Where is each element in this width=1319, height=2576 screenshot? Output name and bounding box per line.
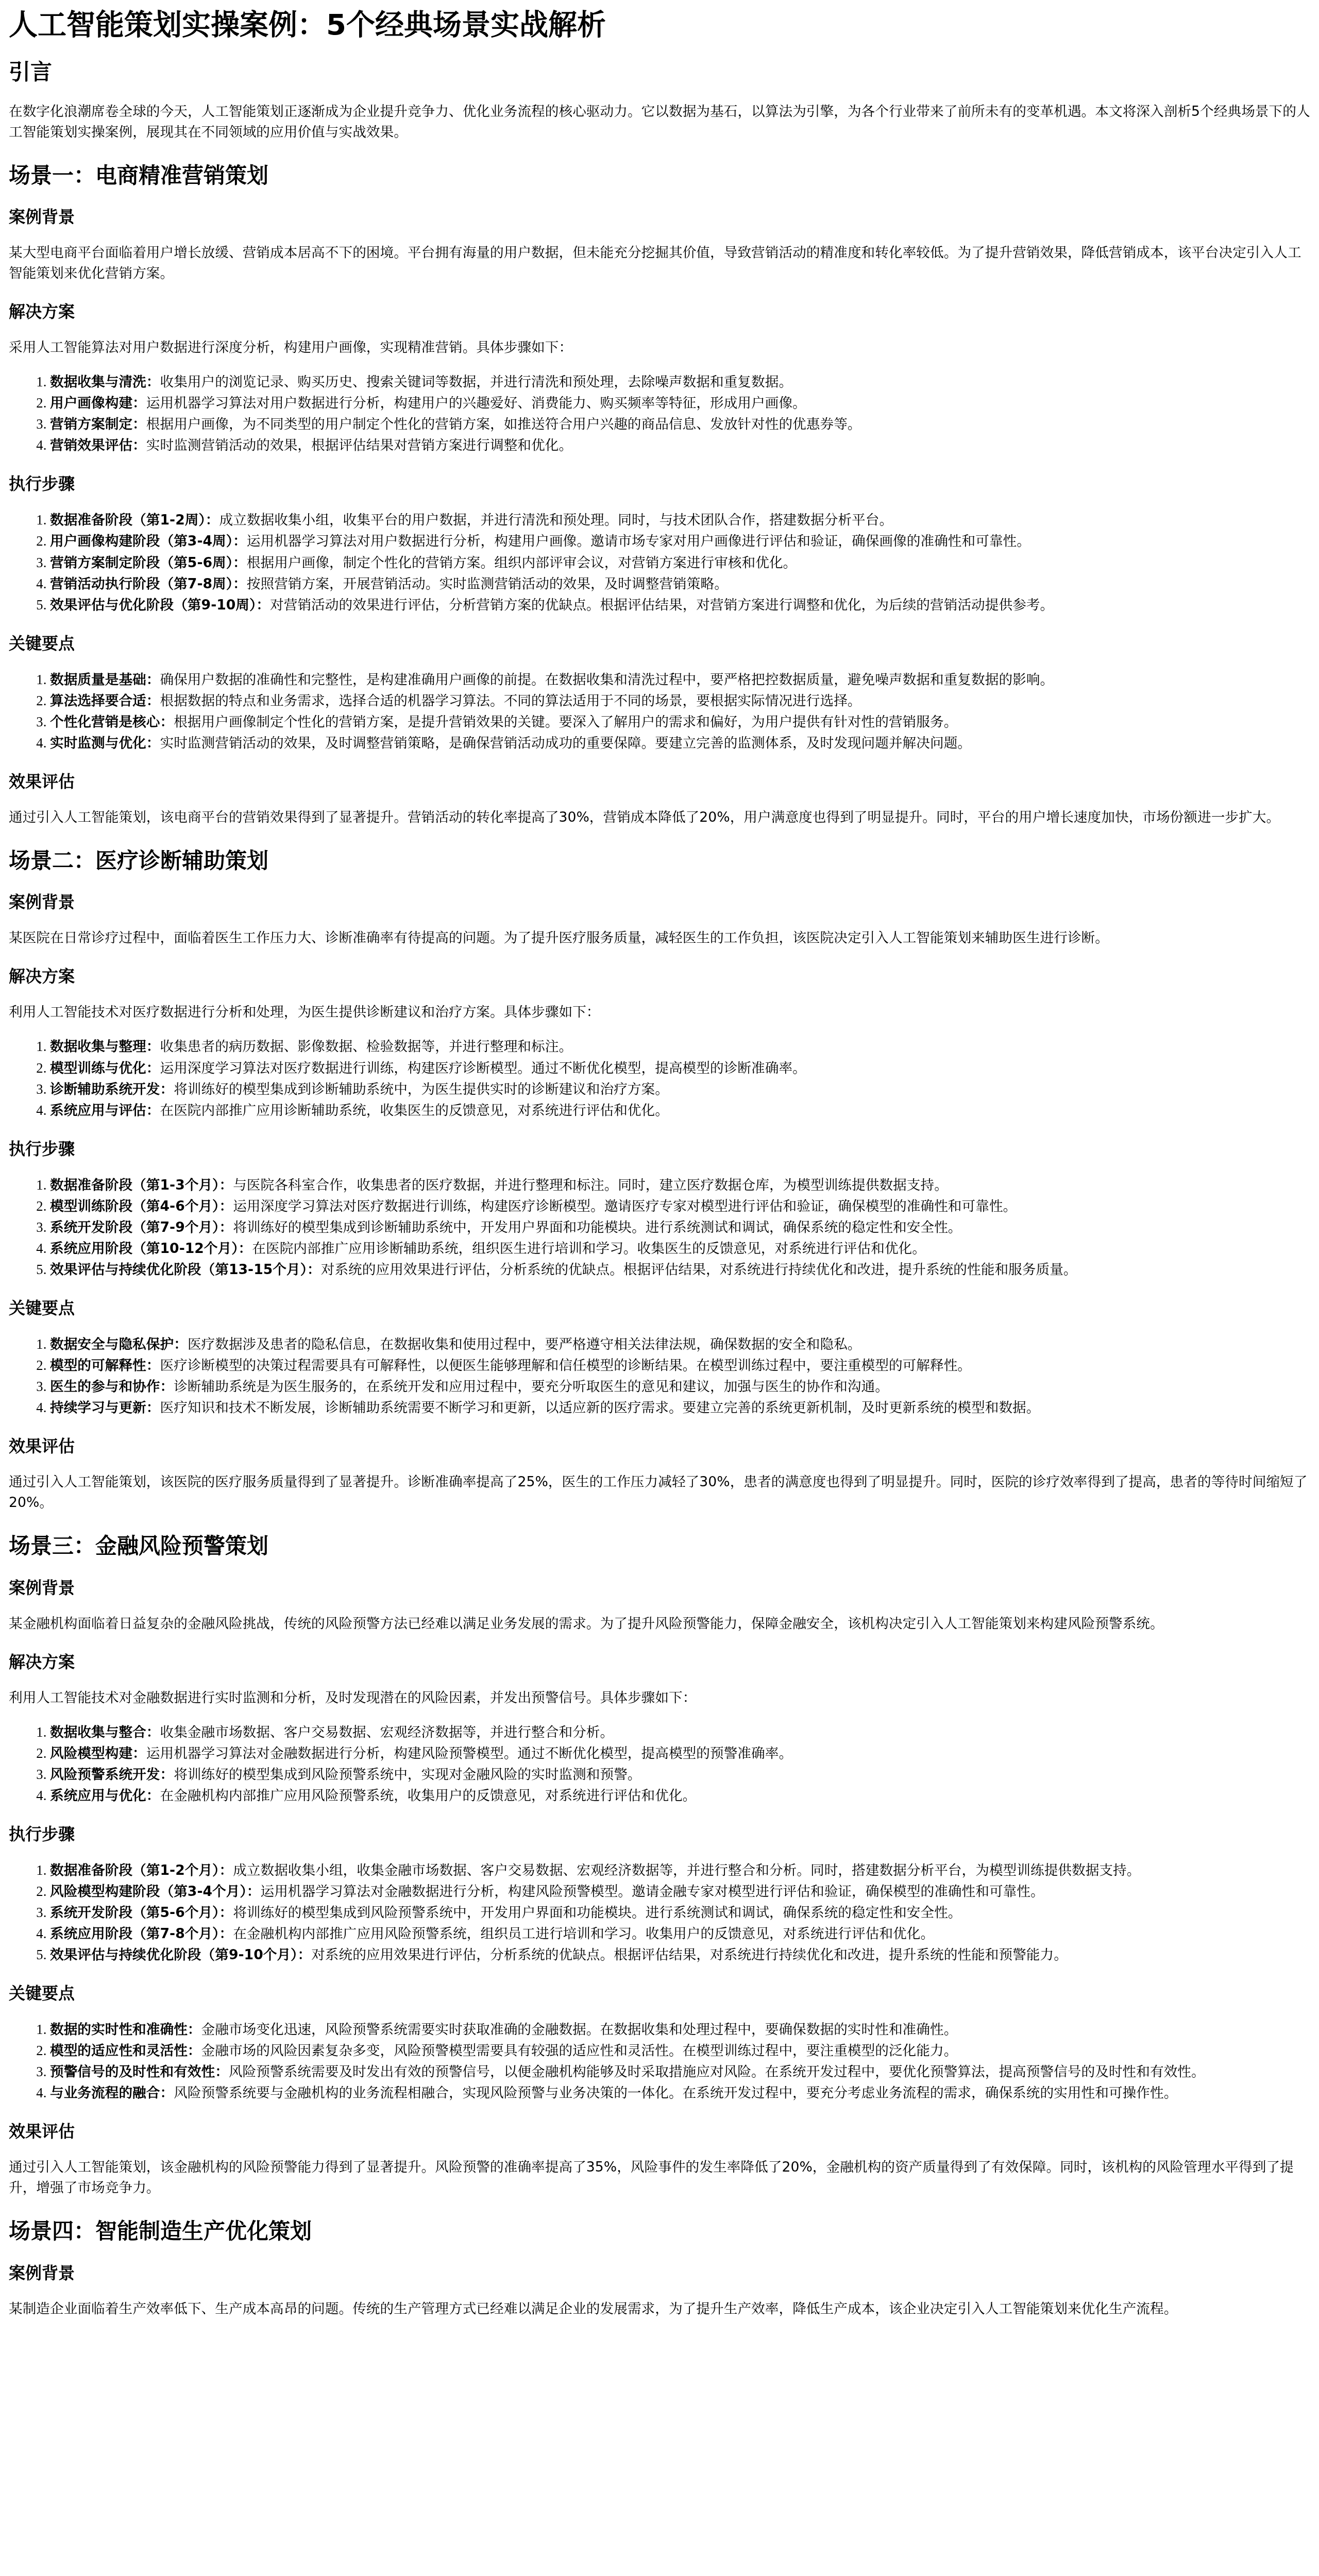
list-item: 效果评估与持续优化阶段（第9-10个月）：对系统的应用效果进行评估，分析系统的优… (50, 1944, 1311, 1965)
item-text: 运用机器学习算法对金融数据进行分析，构建风险预警模型。通过不断优化模型，提高模型… (146, 1745, 792, 1761)
evaluation-heading: 效果评估 (9, 2121, 1311, 2142)
scene-medical: 场景二：医疗诊断辅助策划 案例背景 某医院在日常诊疗过程中，面临着医生工作压力大… (9, 848, 1311, 1513)
item-text: 确保用户数据的准确性和完整性，是构建准确用户画像的前提。在数据收集和清洗过程中，… (160, 672, 1054, 688)
item-title: 诊断辅助系统开发： (50, 1081, 174, 1097)
item-title: 医生的参与和协作： (50, 1379, 174, 1395)
item-text: 成立数据收集小组，收集平台的用户数据，并进行清洗和预处理。同时，与技术团队合作，… (219, 512, 893, 528)
item-text: 成立数据收集小组，收集金融市场数据、客户交易数据、宏观经济数据等，并进行整合和分… (233, 1862, 1140, 1878)
list-item: 营销方案制定阶段（第5-6周）：根据用户画像，制定个性化的营销方案。组织内部评审… (50, 552, 1311, 573)
solution-list: 数据收集与清洗：收集用户的浏览记录、购买历史、搜索关键词等数据，并进行清洗和预处… (9, 371, 1311, 456)
list-item: 用户画像构建阶段（第3-4周）：运用机器学习算法对用户数据进行分析，构建用户画像… (50, 531, 1311, 552)
list-item: 数据准备阶段（第1-3个月）：与医院各科室合作，收集患者的医疗数据，并进行整理和… (50, 1175, 1311, 1196)
list-item: 数据的实时性和准确性：金融市场变化迅速，风险预警系统需要实时获取准确的金融数据。… (50, 2019, 1311, 2040)
list-item: 用户画像构建：运用机器学习算法对用户数据进行分析，构建用户的兴趣爱好、消费能力、… (50, 393, 1311, 414)
item-text: 在金融机构内部推广应用风险预警系统，组织员工进行培训和学习。收集用户的反馈意见，… (233, 1926, 934, 1942)
list-item: 系统开发阶段（第7-9个月）：将训练好的模型集成到诊断辅助系统中，开发用户界面和… (50, 1217, 1311, 1238)
solution-list: 数据收集与整理：收集患者的病历数据、影像数据、检验数据等，并进行整理和标注。 模… (9, 1036, 1311, 1121)
item-text: 根据用户画像，为不同类型的用户制定个性化的营销方案，如推送符合用户兴趣的商品信息… (146, 416, 861, 432)
list-item: 个性化营销是核心：根据用户画像制定个性化的营销方案，是提升营销效果的关键。要深入… (50, 711, 1311, 733)
item-text: 运用深度学习算法对医疗数据进行训练，构建医疗诊断模型。通过不断优化模型，提高模型… (160, 1060, 806, 1076)
item-text: 将训练好的模型集成到风险预警系统中，开发用户界面和功能模块。进行系统测试和调试，… (233, 1905, 961, 1921)
item-title: 预警信号的及时性和有效性： (50, 2064, 229, 2080)
article: 人工智能策划实操案例：5个经典场景实战解析 引言 在数字化浪潮席卷全球的今天，人… (0, 7, 1319, 2319)
item-text: 医疗知识和技术不断发展，诊断辅助系统需要不断学习和更新，以适应新的医疗需求。要建… (160, 1400, 1040, 1416)
item-title: 系统应用与优化： (50, 1788, 160, 1804)
item-title: 数据质量是基础： (50, 672, 160, 688)
item-text: 对系统的应用效果进行评估，分析系统的优缺点。根据评估结果，对系统进行持续优化和改… (321, 1262, 1077, 1278)
list-item: 系统应用与优化：在金融机构内部推广应用风险预警系统，收集用户的反馈意见，对系统进… (50, 1785, 1311, 1806)
list-item: 营销活动执行阶段（第7-8周）：按照营销方案，开展营销活动。实时监测营销活动的效… (50, 573, 1311, 595)
list-item: 系统应用阶段（第7-8个月）：在金融机构内部推广应用风险预警系统，组织员工进行培… (50, 1923, 1311, 1944)
item-text: 将训练好的模型集成到风险预警系统中，实现对金融风险的实时监测和预警。 (174, 1767, 641, 1783)
item-title: 持续学习与更新： (50, 1400, 160, 1416)
evaluation-paragraph: 通过引入人工智能策划，该医院的医疗服务质量得到了显著提升。诊断准确率提高了25%… (9, 1472, 1311, 1513)
solution-heading: 解决方案 (9, 1652, 1311, 1672)
item-text: 实时监测营销活动的效果，根据评估结果对营销方案进行调整和优化。 (146, 437, 572, 453)
steps-list: 数据准备阶段（第1-2个月）：成立数据收集小组，收集金融市场数据、客户交易数据、… (9, 1860, 1311, 1965)
item-text: 根据用户画像，制定个性化的营销方案。组织内部评审会议，对营销方案进行审核和优化。 (247, 555, 797, 571)
list-item: 与业务流程的融合：风险预警系统要与金融机构的业务流程相融合，实现风险预警与业务决… (50, 2082, 1311, 2104)
list-item: 风险模型构建：运用机器学习算法对金融数据进行分析，构建风险预警模型。通过不断优化… (50, 1743, 1311, 1764)
scene-finance: 场景三：金融风险预警策划 案例背景 某金融机构面临着日益复杂的金融风险挑战，传统… (9, 1533, 1311, 2198)
key-points-heading: 关键要点 (9, 633, 1311, 654)
item-text: 运用深度学习算法对医疗数据进行训练，构建医疗诊断模型。邀请医疗专家对模型进行评估… (233, 1198, 1017, 1214)
item-text: 诊断辅助系统是为医生服务的，在系统开发和应用过程中，要充分听取医生的意见和建议，… (174, 1379, 889, 1395)
item-text: 实时监测营销活动的效果，及时调整营销策略，是确保营销活动成功的重要保障。要建立完… (160, 735, 972, 751)
steps-heading: 执行步骤 (9, 1824, 1311, 1844)
list-item: 模型的可解释性：医疗诊断模型的决策过程需要具有可解释性，以便医生能够理解和信任模… (50, 1355, 1311, 1376)
list-item: 模型的适应性和灵活性：金融市场的风险因素复杂多变，风险预警模型需要具有较强的适应… (50, 2040, 1311, 2061)
item-title: 模型训练与优化： (50, 1060, 160, 1076)
key-points-heading: 关键要点 (9, 1298, 1311, 1318)
list-item: 实时监测与优化：实时监测营销活动的效果，及时调整营销策略，是确保营销活动成功的重… (50, 733, 1311, 754)
item-title: 效果评估与优化阶段（第9-10周）： (50, 597, 270, 613)
item-title: 数据准备阶段（第1-3个月）： (50, 1177, 233, 1193)
evaluation-paragraph: 通过引入人工智能策划，该金融机构的风险预警能力得到了显著提升。风险预警的准确率提… (9, 2157, 1311, 2198)
item-text: 根据用户画像制定个性化的营销方案，是提升营销效果的关键。要深入了解用户的需求和偏… (174, 714, 957, 730)
item-title: 与业务流程的融合： (50, 2085, 174, 2101)
item-text: 按照营销方案，开展营销活动。实时监测营销活动的效果，及时调整营销策略。 (247, 576, 728, 592)
item-text: 在医院内部推广应用诊断辅助系统，组织医生进行培训和学习。收集医生的反馈意见，对系… (252, 1241, 926, 1257)
item-text: 金融市场的风险因素复杂多变，风险预警模型需要具有较强的适应性和灵活性。在模型训练… (201, 2043, 958, 2059)
scene-manufacturing: 场景四：智能制造生产优化策划 案例背景 某制造企业面临着生产效率低下、生产成本高… (9, 2218, 1311, 2319)
scene-heading: 场景三：金融风险预警策划 (9, 1533, 1311, 1560)
scene-heading: 场景四：智能制造生产优化策划 (9, 2218, 1311, 2245)
steps-list: 数据准备阶段（第1-2周）：成立数据收集小组，收集平台的用户数据，并进行清洗和预… (9, 510, 1311, 615)
solution-intro: 利用人工智能技术对金融数据进行实时监测和分析，及时发现潜在的风险因素，并发出预警… (9, 1688, 1311, 1708)
key-points-list: 数据质量是基础：确保用户数据的准确性和完整性，是构建准确用户画像的前提。在数据收… (9, 669, 1311, 754)
steps-list: 数据准备阶段（第1-3个月）：与医院各科室合作，收集患者的医疗数据，并进行整理和… (9, 1175, 1311, 1280)
list-item: 医生的参与和协作：诊断辅助系统是为医生服务的，在系统开发和应用过程中，要充分听取… (50, 1376, 1311, 1397)
key-points-heading: 关键要点 (9, 1983, 1311, 2004)
background-paragraph: 某金融机构面临着日益复杂的金融风险挑战，传统的风险预警方法已经难以满足业务发展的… (9, 1614, 1311, 1634)
item-text: 对营销活动的效果进行评估，分析营销方案的优缺点。根据评估结果，对营销方案进行调整… (270, 597, 1054, 613)
steps-heading: 执行步骤 (9, 473, 1311, 494)
evaluation-heading: 效果评估 (9, 1436, 1311, 1456)
list-item: 效果评估与优化阶段（第9-10周）：对营销活动的效果进行评估，分析营销方案的优缺… (50, 595, 1311, 616)
intro-heading: 引言 (9, 59, 1311, 86)
list-item: 风险预警系统开发：将训练好的模型集成到风险预警系统中，实现对金融风险的实时监测和… (50, 1764, 1311, 1785)
list-item: 效果评估与持续优化阶段（第13-15个月）：对系统的应用效果进行评估，分析系统的… (50, 1259, 1311, 1280)
item-title: 数据收集与清洗： (50, 374, 160, 390)
item-text: 医疗诊断模型的决策过程需要具有可解释性，以便医生能够理解和信任模型的诊断结果。在… (160, 1358, 972, 1374)
background-heading: 案例背景 (9, 207, 1311, 227)
item-title: 数据收集与整理： (50, 1039, 160, 1055)
list-item: 数据质量是基础：确保用户数据的准确性和完整性，是构建准确用户画像的前提。在数据收… (50, 669, 1311, 690)
item-title: 营销效果评估： (50, 437, 146, 453)
item-title: 模型的适应性和灵活性： (50, 2043, 201, 2059)
list-item: 数据安全与隐私保护：医疗数据涉及患者的隐私信息，在数据收集和使用过程中，要严格遵… (50, 1334, 1311, 1355)
item-title: 实时监测与优化： (50, 735, 160, 751)
item-text: 运用机器学习算法对金融数据进行分析，构建风险预警模型。邀请金融专家对模型进行评估… (261, 1884, 1044, 1900)
list-item: 风险模型构建阶段（第3-4个月）：运用机器学习算法对金融数据进行分析，构建风险预… (50, 1881, 1311, 1902)
background-heading: 案例背景 (9, 2263, 1311, 2283)
item-text: 与医院各科室合作，收集患者的医疗数据，并进行整理和标注。同时，建立医疗数据仓库，… (233, 1177, 948, 1193)
item-title: 用户画像构建阶段（第3-4周）： (50, 533, 247, 549)
list-item: 持续学习与更新：医疗知识和技术不断发展，诊断辅助系统需要不断学习和更新，以适应新… (50, 1397, 1311, 1418)
solution-list: 数据收集与整合：收集金融市场数据、客户交易数据、宏观经济数据等，并进行整合和分析… (9, 1722, 1311, 1806)
intro-paragraph: 在数字化浪潮席卷全球的今天，人工智能策划正逐渐成为企业提升竞争力、优化业务流程的… (9, 101, 1311, 143)
item-text: 根据数据的特点和业务需求，选择合适的机器学习算法。不同的算法适用于不同的场景，要… (160, 693, 861, 709)
list-item: 算法选择要合适：根据数据的特点和业务需求，选择合适的机器学习算法。不同的算法适用… (50, 690, 1311, 711)
solution-intro: 采用人工智能算法对用户数据进行深度分析，构建用户画像，实现精准营销。具体步骤如下… (9, 337, 1311, 358)
item-text: 在医院内部推广应用诊断辅助系统，收集医生的反馈意见，对系统进行评估和优化。 (160, 1103, 669, 1118)
item-text: 风险预警系统需要及时发出有效的预警信号，以便金融机构能够及时采取措施应对风险。在… (229, 2064, 1205, 2080)
item-text: 医疗数据涉及患者的隐私信息，在数据收集和使用过程中，要严格遵守相关法律法规，确保… (188, 1336, 861, 1352)
page-title: 人工智能策划实操案例：5个经典场景实战解析 (9, 7, 1311, 43)
steps-heading: 执行步骤 (9, 1139, 1311, 1159)
list-item: 数据收集与清洗：收集用户的浏览记录、购买历史、搜索关键词等数据，并进行清洗和预处… (50, 371, 1311, 393)
item-title: 数据准备阶段（第1-2个月）： (50, 1862, 233, 1878)
item-title: 算法选择要合适： (50, 693, 160, 709)
list-item: 营销方案制定：根据用户画像，为不同类型的用户制定个性化的营销方案，如推送符合用户… (50, 414, 1311, 435)
item-title: 系统开发阶段（第5-6个月）： (50, 1905, 233, 1921)
evaluation-paragraph: 通过引入人工智能策划，该电商平台的营销效果得到了显著提升。营销活动的转化率提高了… (9, 807, 1311, 828)
item-title: 系统应用阶段（第10-12个月）： (50, 1241, 252, 1257)
item-text: 运用机器学习算法对用户数据进行分析，构建用户的兴趣爱好、消费能力、购买频率等特征… (146, 395, 806, 411)
solution-heading: 解决方案 (9, 301, 1311, 322)
evaluation-heading: 效果评估 (9, 771, 1311, 792)
item-text: 将训练好的模型集成到诊断辅助系统中，为医生提供实时的诊断建议和治疗方案。 (174, 1081, 669, 1097)
background-paragraph: 某大型电商平台面临着用户增长放缓、营销成本居高不下的困境。平台拥有海量的用户数据… (9, 243, 1311, 284)
background-paragraph: 某医院在日常诊疗过程中，面临着医生工作压力大、诊断准确率有待提高的问题。为了提升… (9, 928, 1311, 948)
item-text: 金融市场变化迅速，风险预警系统需要实时获取准确的金融数据。在数据收集和处理过程中… (201, 2022, 958, 2038)
item-title: 个性化营销是核心： (50, 714, 174, 730)
item-text: 收集用户的浏览记录、购买历史、搜索关键词等数据，并进行清洗和预处理，去除噪声数据… (160, 374, 793, 390)
list-item: 模型训练阶段（第4-6个月）：运用深度学习算法对医疗数据进行训练，构建医疗诊断模… (50, 1196, 1311, 1217)
item-title: 风险模型构建： (50, 1745, 146, 1761)
list-item: 诊断辅助系统开发：将训练好的模型集成到诊断辅助系统中，为医生提供实时的诊断建议和… (50, 1079, 1311, 1100)
list-item: 数据收集与整合：收集金融市场数据、客户交易数据、宏观经济数据等，并进行整合和分析… (50, 1722, 1311, 1743)
list-item: 模型训练与优化：运用深度学习算法对医疗数据进行训练，构建医疗诊断模型。通过不断优… (50, 1058, 1311, 1079)
item-text: 风险预警系统要与金融机构的业务流程相融合，实现风险预警与业务决策的一体化。在系统… (174, 2085, 1177, 2101)
item-title: 数据准备阶段（第1-2周）： (50, 512, 219, 528)
background-paragraph: 某制造企业面临着生产效率低下、生产成本高昂的问题。传统的生产管理方式已经难以满足… (9, 2299, 1311, 2319)
item-title: 系统开发阶段（第7-9个月）： (50, 1219, 233, 1235)
item-text: 运用机器学习算法对用户数据进行分析，构建用户画像。邀请市场专家对用户画像进行评估… (247, 533, 1030, 549)
item-text: 收集金融市场数据、客户交易数据、宏观经济数据等，并进行整合和分析。 (160, 1724, 614, 1740)
item-title: 模型训练阶段（第4-6个月）： (50, 1198, 233, 1214)
key-points-list: 数据的实时性和准确性：金融市场变化迅速，风险预警系统需要实时获取准确的金融数据。… (9, 2019, 1311, 2104)
item-title: 系统应用阶段（第7-8个月）： (50, 1926, 233, 1942)
list-item: 预警信号的及时性和有效性：风险预警系统需要及时发出有效的预警信号，以便金融机构能… (50, 2061, 1311, 2082)
background-heading: 案例背景 (9, 1578, 1311, 1598)
intro-section: 引言 在数字化浪潮席卷全球的今天，人工智能策划正逐渐成为企业提升竞争力、优化业务… (9, 59, 1311, 143)
item-title: 营销活动执行阶段（第7-8周）： (50, 576, 247, 592)
scene-heading: 场景二：医疗诊断辅助策划 (9, 848, 1311, 875)
item-text: 将训练好的模型集成到诊断辅助系统中，开发用户界面和功能模块。进行系统测试和调试，… (233, 1219, 961, 1235)
scene-heading: 场景一：电商精准营销策划 (9, 162, 1311, 190)
item-text: 在金融机构内部推广应用风险预警系统，收集用户的反馈意见，对系统进行评估和优化。 (160, 1788, 697, 1804)
list-item: 数据准备阶段（第1-2个月）：成立数据收集小组，收集金融市场数据、客户交易数据、… (50, 1860, 1311, 1881)
list-item: 数据准备阶段（第1-2周）：成立数据收集小组，收集平台的用户数据，并进行清洗和预… (50, 510, 1311, 531)
item-text: 对系统的应用效果进行评估，分析系统的优缺点。根据评估结果，对系统进行持续优化和改… (311, 1947, 1068, 1963)
item-title: 用户画像构建： (50, 395, 146, 411)
item-title: 风险预警系统开发： (50, 1767, 174, 1783)
item-title: 营销方案制定： (50, 416, 146, 432)
item-text: 收集患者的病历数据、影像数据、检验数据等，并进行整理和标注。 (160, 1039, 573, 1055)
list-item: 系统应用阶段（第10-12个月）：在医院内部推广应用诊断辅助系统，组织医生进行培… (50, 1238, 1311, 1259)
list-item: 系统应用与评估：在医院内部推广应用诊断辅助系统，收集医生的反馈意见，对系统进行评… (50, 1100, 1311, 1121)
item-title: 数据收集与整合： (50, 1724, 160, 1740)
scene-ecommerce: 场景一：电商精准营销策划 案例背景 某大型电商平台面临着用户增长放缓、营销成本居… (9, 162, 1311, 828)
solution-heading: 解决方案 (9, 966, 1311, 987)
key-points-list: 数据安全与隐私保护：医疗数据涉及患者的隐私信息，在数据收集和使用过程中，要严格遵… (9, 1334, 1311, 1418)
list-item: 系统开发阶段（第5-6个月）：将训练好的模型集成到风险预警系统中，开发用户界面和… (50, 1902, 1311, 1923)
list-item: 数据收集与整理：收集患者的病历数据、影像数据、检验数据等，并进行整理和标注。 (50, 1036, 1311, 1057)
item-title: 数据的实时性和准确性： (50, 2022, 201, 2038)
item-title: 模型的可解释性： (50, 1358, 160, 1374)
item-title: 效果评估与持续优化阶段（第9-10个月）： (50, 1947, 311, 1963)
item-title: 系统应用与评估： (50, 1103, 160, 1118)
item-title: 风险模型构建阶段（第3-4个月）： (50, 1884, 261, 1900)
item-title: 营销方案制定阶段（第5-6周）： (50, 555, 247, 571)
item-title: 数据安全与隐私保护： (50, 1336, 188, 1352)
list-item: 营销效果评估：实时监测营销活动的效果，根据评估结果对营销方案进行调整和优化。 (50, 435, 1311, 456)
background-heading: 案例背景 (9, 892, 1311, 912)
item-title: 效果评估与持续优化阶段（第13-15个月）： (50, 1262, 321, 1278)
solution-intro: 利用人工智能技术对医疗数据进行分析和处理，为医生提供诊断建议和治疗方案。具体步骤… (9, 1002, 1311, 1023)
